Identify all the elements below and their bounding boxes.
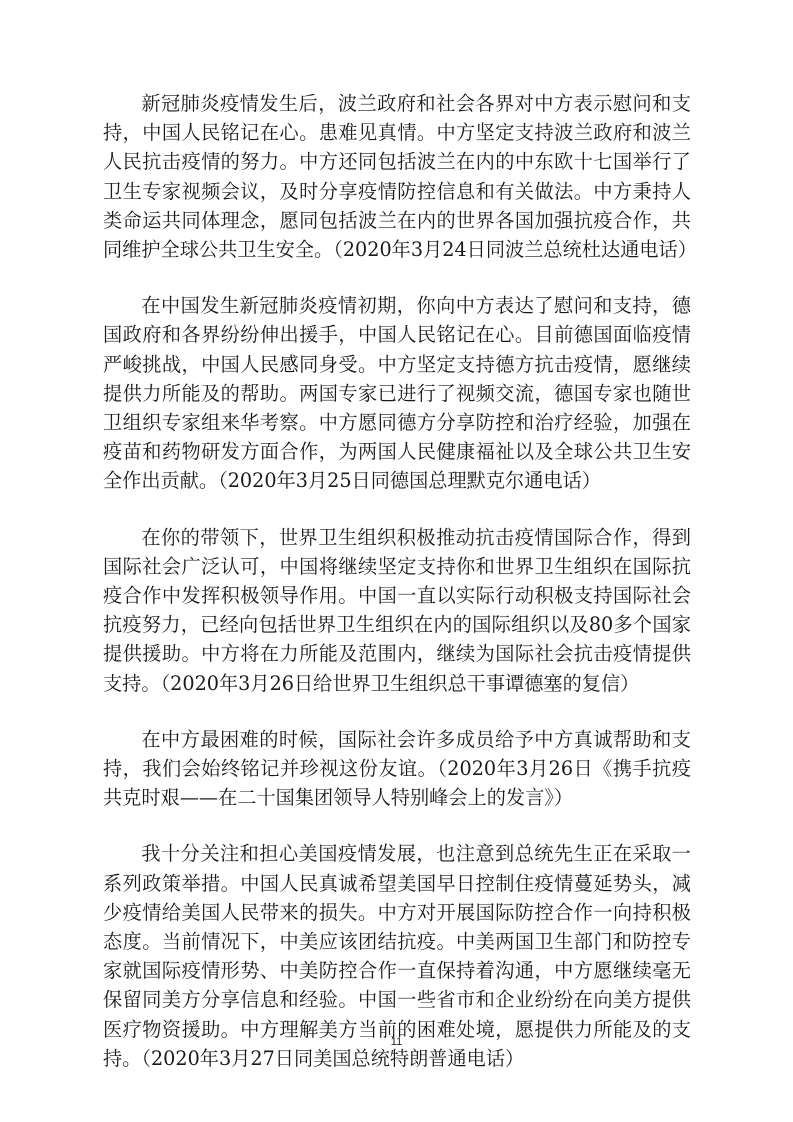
page-number: 11 [0,1036,793,1048]
paragraph-poland-call: 新冠肺炎疫情发生后，波兰政府和社会各界对中方表示慰问和支持，中国人民铭记在心。患… [103,89,691,264]
document-body: 新冠肺炎疫情发生后，波兰政府和社会各界对中方表示慰问和支持，中国人民铭记在心。患… [103,89,691,1100]
paragraph-who-letter: 在你的带领下，世界卫生组织积极推动抗击疫情国际合作，得到国际社会广泛认可，中国将… [103,523,691,698]
paragraph-germany-call: 在中国发生新冠肺炎疫情初期，你向中方表达了慰问和支持，德国政府和各界纷纷伸出援手… [103,291,691,495]
paragraph-g20-speech: 在中方最困难的时候，国际社会许多成员给予中方真诚帮助和支持，我们会始终铭记并珍视… [103,725,691,813]
